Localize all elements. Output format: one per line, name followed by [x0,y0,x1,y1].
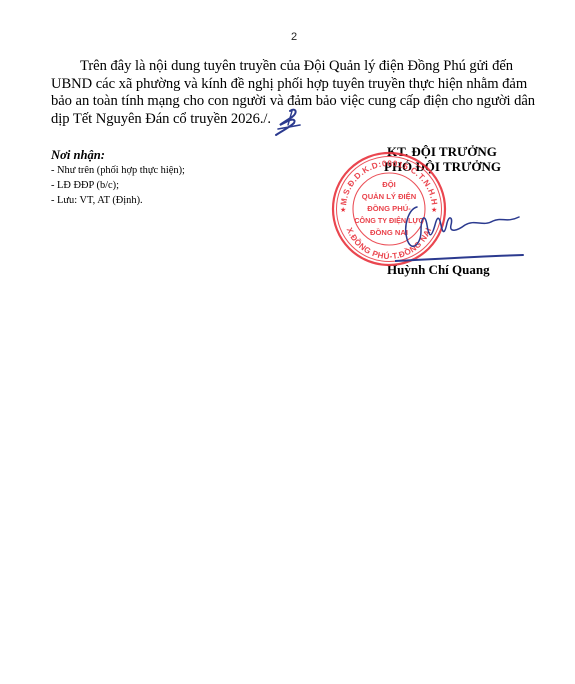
recipient-item: - Như trên (phối hợp thực hiện); [51,163,291,178]
signer-name: Huỳnh Chí Quang [387,262,490,278]
svg-text:★: ★ [340,206,346,214]
svg-text:X.ĐỒNG PHÚ-T.ĐỒNG NAI: X.ĐỒNG PHÚ-T.ĐỒNG NAI [345,226,434,261]
body-line-1: Trên đây là nội dung tuyên truyền của Độ… [51,58,506,76]
svg-text:CÔNG TY ĐIỆN LỰC: CÔNG TY ĐIỆN LỰC [354,216,423,225]
recipients-title: Nơi nhận: [51,147,291,163]
svg-text:★: ★ [431,206,437,214]
svg-text:QUẢN LÝ ĐIỆN: QUẢN LÝ ĐIỆN [362,192,416,201]
recipient-item: - Lưu: VT, AT (Định). [51,193,291,208]
page-number: 2 [0,31,575,43]
svg-text:ĐỒNG NAI: ĐỒNG NAI [370,227,408,237]
initial-mark-icon [270,107,310,137]
svg-text:ĐỘI: ĐỘI [382,180,396,189]
body-line-2: UBND các xã phường và kính đề nghị phối … [51,76,506,94]
signer-role-line1: KT. ĐỘI TRƯỞNG [387,144,497,159]
handwritten-signature-icon [395,195,535,265]
svg-text:ĐỒNG PHÚ-: ĐỒNG PHÚ- [367,203,411,213]
recipients-section: Nơi nhận: - Như trên (phối hợp thực hiện… [51,147,291,208]
signer-role-line2: PHÓ ĐỘI TRƯỞNG [384,159,501,174]
recipient-item: - LĐ ĐĐP (b/c); [51,178,291,193]
